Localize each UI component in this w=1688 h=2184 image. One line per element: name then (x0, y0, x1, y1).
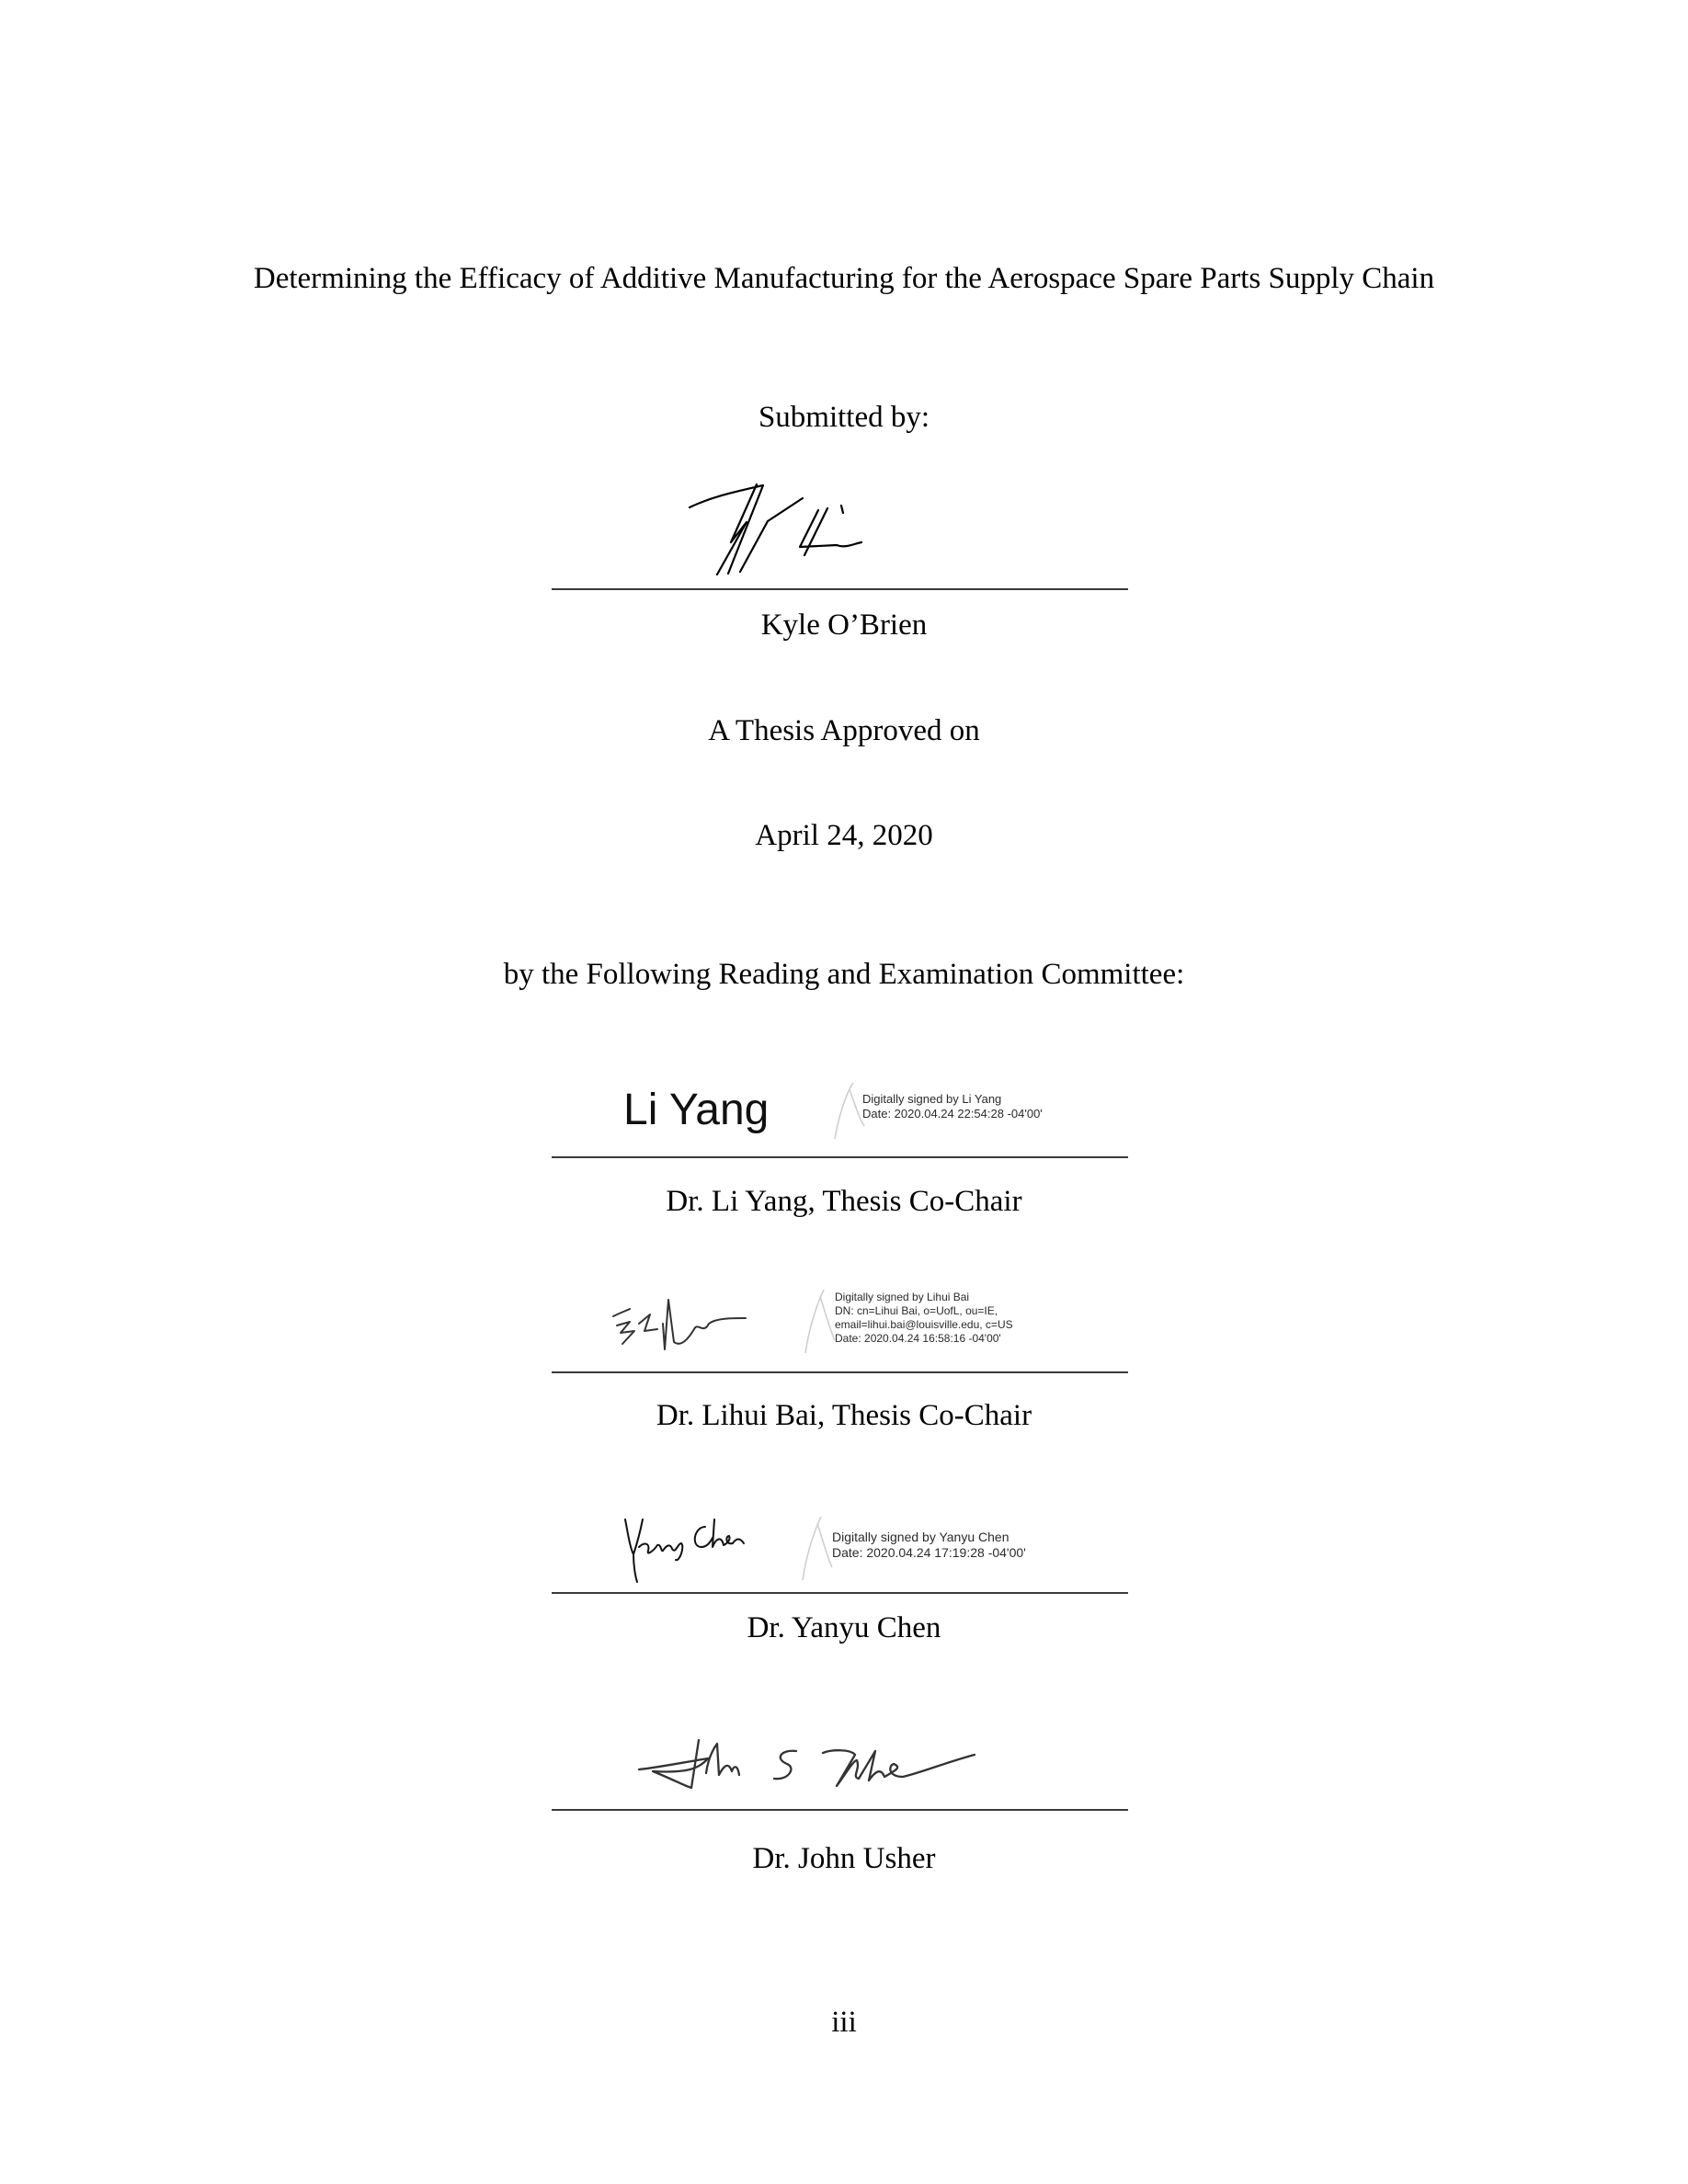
digital-signature-date: Date: 2020.04.24 17:19:28 -04'00' (832, 1545, 1026, 1561)
signature-block-lihui-bai[interactable]: Digitally signed by Lihui Bai DN: cn=Lih… (552, 1278, 1128, 1365)
signature-line (552, 1371, 1128, 1373)
committee-member-label: Dr. Li Yang, Thesis Co-Chair (0, 1183, 1688, 1220)
committee-member-label: Dr. Yanyu Chen (0, 1610, 1688, 1646)
author-signature (685, 483, 961, 593)
adobe-sign-icon (827, 1080, 864, 1144)
signature-line (552, 1592, 1128, 1594)
handwritten-signature (634, 1733, 1076, 1806)
signature-line (552, 1809, 1128, 1811)
committee-label: by the Following Reading and Examination… (0, 956, 1688, 993)
digital-signature-email: email=lihui.bai@louisville.edu, c=US (835, 1318, 1013, 1332)
digital-signature-dn: DN: cn=Lihui Bai, o=UofL, ou=IE, (835, 1304, 998, 1318)
approval-date: April 24, 2020 (0, 817, 1688, 854)
page-number: iii (0, 2004, 1688, 2041)
digital-signature-line: Digitally signed by Yanyu Chen (832, 1530, 1009, 1545)
committee-member-label: Dr. John Usher (0, 1840, 1688, 1877)
adobe-sign-icon (795, 1514, 832, 1587)
submitted-by-label: Submitted by: (0, 399, 1688, 436)
committee-member-label: Dr. Lihui Bai, Thesis Co-Chair (0, 1397, 1688, 1434)
signature-block-john-usher[interactable] (552, 1728, 1128, 1806)
digital-signature-line: Digitally signed by Lihui Bai (835, 1291, 969, 1304)
handwritten-signature (602, 1287, 768, 1360)
digital-signature-date: Date: 2020.04.24 16:58:16 -04'00' (835, 1332, 1001, 1346)
handwritten-signature (621, 1510, 786, 1584)
adobe-sign-icon (798, 1287, 835, 1360)
signature-line (552, 1156, 1128, 1158)
approved-label: A Thesis Approved on (0, 712, 1688, 749)
author-signature-line (552, 588, 1128, 590)
signature-block-yanyu-chen[interactable]: Digitally signed by Yanyu Chen Date: 202… (552, 1503, 1128, 1590)
author-name: Kyle O’Brien (0, 607, 1688, 643)
typed-signature: Li Yang (623, 1085, 769, 1135)
signature-block-li-yang[interactable]: Li Yang Digitally signed by Li Yang Date… (552, 1075, 1128, 1154)
digital-signature-date: Date: 2020.04.24 22:54:28 -04'00' (862, 1107, 1043, 1121)
thesis-title: Determining the Efficacy of Additive Man… (0, 260, 1688, 297)
digital-signature-line: Digitally signed by Li Yang (862, 1092, 1001, 1107)
